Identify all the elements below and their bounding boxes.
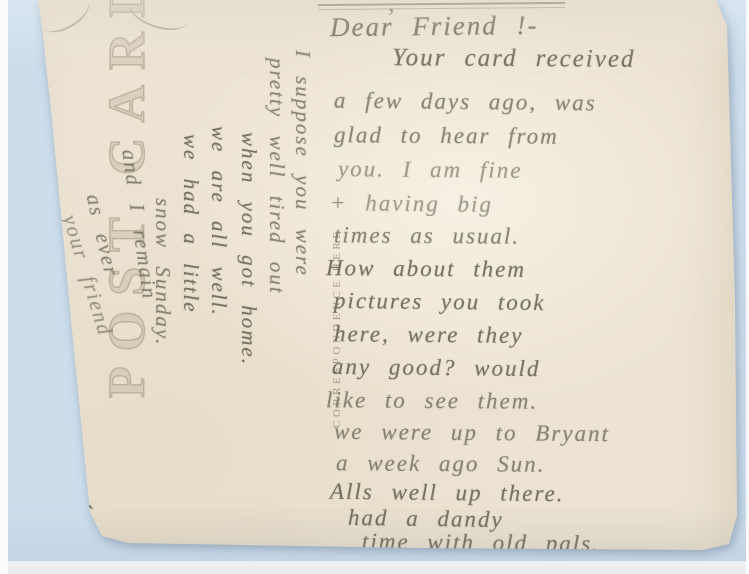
postcard-wrapper: POST CARD CORRESPONDENCE HERE , Dear Fri… [0,0,749,574]
margin-line: I suppose you were [292,50,314,400]
printed-top-rule [318,2,565,10]
margin-line: when you got home. [238,132,260,502]
margin-line: we are all well. [208,126,230,486]
message-line: How about them [326,256,526,282]
margin-line: pretty well tired out [266,58,288,418]
message-line: Your card received [392,45,636,73]
message-line: a few days ago, was [334,89,597,116]
scanned-postcard-photo: { "background": { "mat_color": "#ccddec"… [0,0,749,574]
message-line: any good? would [332,355,541,381]
signature: Elsie M. [18,424,101,529]
pencil-scribble [37,0,96,40]
message-line: like to see them. [326,388,538,414]
salutation: Dear Friend !- [330,11,539,42]
postcard-back: POST CARD CORRESPONDENCE HERE , Dear Fri… [0,0,749,574]
margin-line: we had a little [180,134,202,494]
message-line: times as usual. [334,223,520,248]
message-line: glad to hear from [334,123,559,149]
message-line: we were up to Bryant [334,420,610,447]
message-line: a week ago Sun. [336,451,546,477]
message-line: here, were they [334,322,524,348]
message-line: time with old pals. [362,530,600,557]
message-line: + having big [330,191,493,217]
message-line: Alls well up there. [330,480,565,507]
message-line: you. I am fine [338,157,523,183]
message-line: pictures you took [334,289,546,315]
